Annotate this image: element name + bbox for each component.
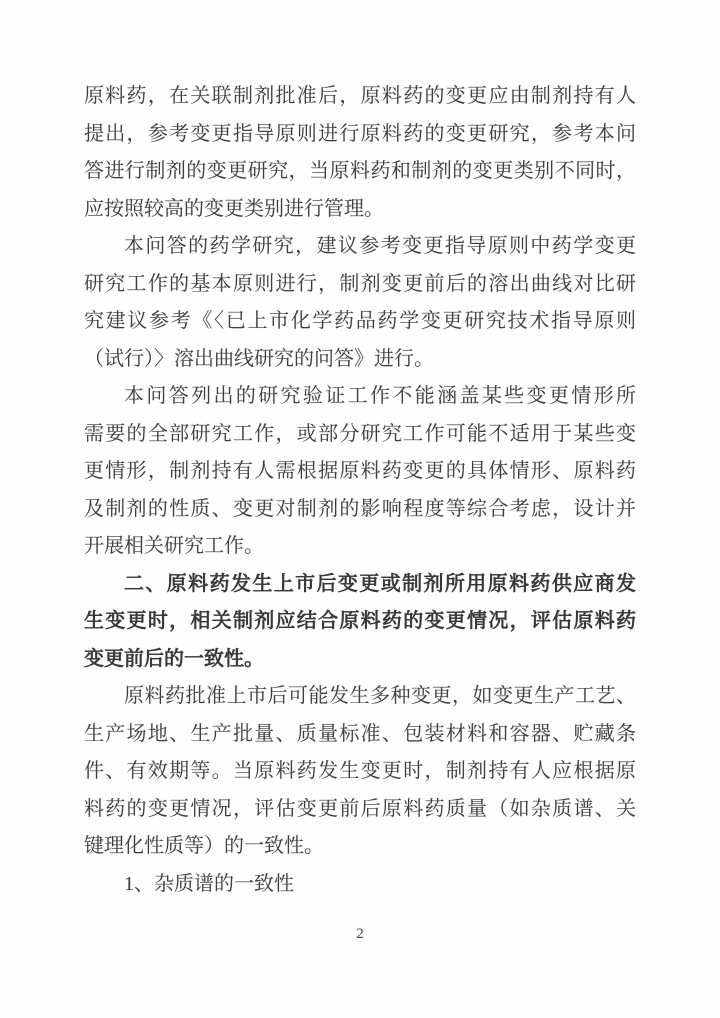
text-line: 键理化性质等）的一致性。	[84, 828, 636, 866]
text-line: 变更前后的一致性。	[84, 641, 636, 679]
text-line: 生变更时，相关制剂应结合原料药的变更情况，评估原料药	[84, 603, 636, 641]
text-line: 应按照较高的变更类别进行管理。	[84, 191, 636, 229]
text-line: 究建议参考《〈已上市化学药品药学变更研究技术指导原则	[84, 303, 636, 341]
text-line: 本问答列出的研究验证工作不能涵盖某些变更情形所	[84, 378, 636, 416]
body-paragraph: 本问答的药学研究，建议参考变更指导原则中药学变更研究工作的基本原则进行，制剂变更…	[84, 228, 636, 378]
text-line: 答进行制剂的变更研究，当原料药和制剂的变更类别不同时，	[84, 153, 636, 191]
body-paragraph: 本问答列出的研究验证工作不能涵盖某些变更情形所需要的全部研究工作，或部分研究工作…	[84, 378, 636, 566]
body-paragraph-continuation: 原料药，在关联制剂批准后，原料药的变更应由制剂持有人提出，参考变更指导原则进行原…	[84, 78, 636, 228]
text-line: 原料药，在关联制剂批准后，原料药的变更应由制剂持有人	[84, 78, 636, 116]
text-line: 本问答的药学研究，建议参考变更指导原则中药学变更	[84, 228, 636, 266]
text-line: 生产场地、生产批量、质量标准、包装材料和容器、贮藏条	[84, 716, 636, 754]
sub-heading: 1、杂质谱的一致性	[84, 866, 636, 904]
text-line: 原料药批准上市后可能发生多种变更，如变更生产工艺、	[84, 678, 636, 716]
page-number: 2	[0, 924, 720, 944]
text-line: 二、原料药发生上市后变更或制剂所用原料药供应商发	[84, 566, 636, 604]
text-line: 件、有效期等。当原料药发生变更时，制剂持有人应根据原	[84, 753, 636, 791]
text-line: 及制剂的性质、变更对制剂的影响程度等综合考虑，设计并	[84, 491, 636, 529]
document-page: 原料药，在关联制剂批准后，原料药的变更应由制剂持有人提出，参考变更指导原则进行原…	[0, 0, 720, 1018]
body-paragraph: 原料药批准上市后可能发生多种变更，如变更生产工艺、生产场地、生产批量、质量标准、…	[84, 678, 636, 866]
section-heading: 二、原料药发生上市后变更或制剂所用原料药供应商发生变更时，相关制剂应结合原料药的…	[84, 566, 636, 679]
text-line: 研究工作的基本原则进行，制剂变更前后的溶出曲线对比研	[84, 266, 636, 304]
text-line: 提出，参考变更指导原则进行原料药的变更研究，参考本问	[84, 116, 636, 154]
text-line: 更情形，制剂持有人需根据原料药变更的具体情形、原料药	[84, 453, 636, 491]
text-line: 开展相关研究工作。	[84, 528, 636, 566]
text-line: 料药的变更情况，评估变更前后原料药质量（如杂质谱、关	[84, 791, 636, 829]
text-line: 1、杂质谱的一致性	[84, 866, 636, 904]
text-line: 需要的全部研究工作，或部分研究工作可能不适用于某些变	[84, 416, 636, 454]
text-line: （试行）〉溶出曲线研究的问答》进行。	[84, 341, 636, 379]
document-content: 原料药，在关联制剂批准后，原料药的变更应由制剂持有人提出，参考变更指导原则进行原…	[84, 78, 636, 903]
